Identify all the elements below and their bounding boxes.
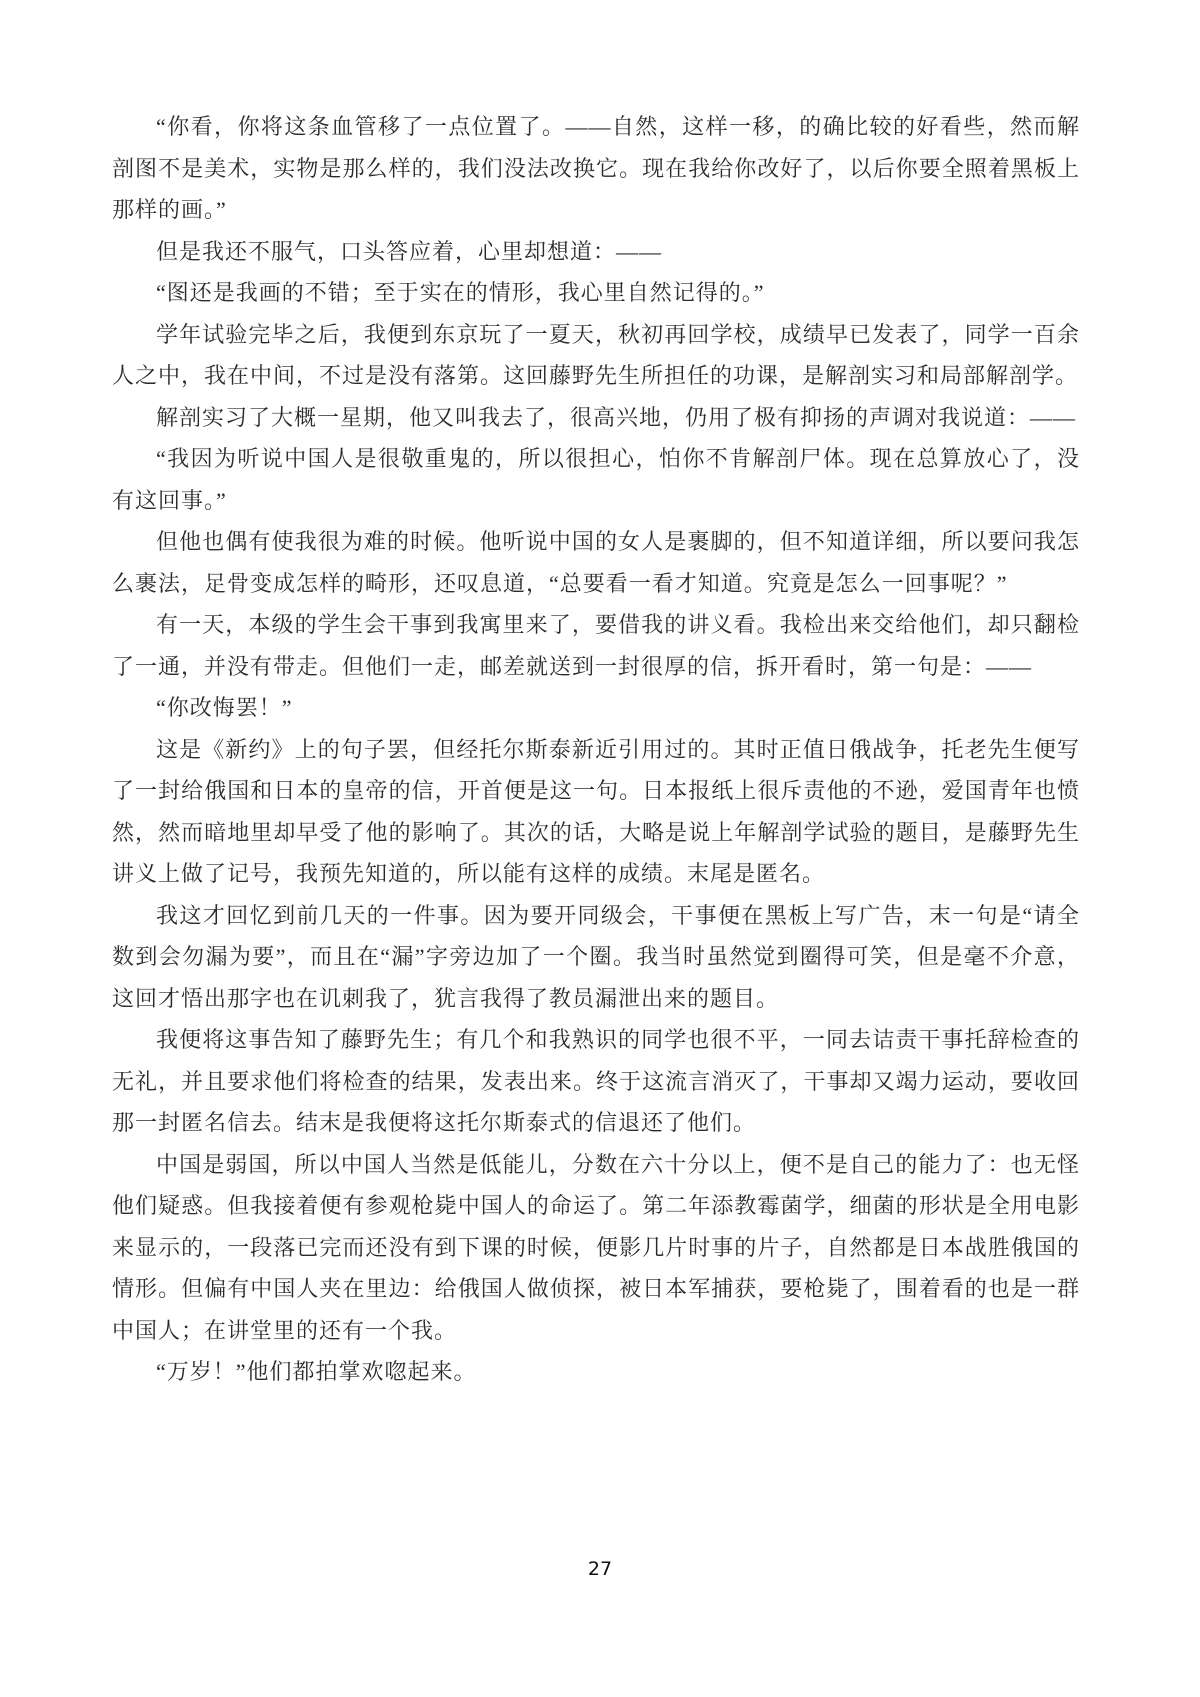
paragraph: “我因为听说中国人是很敬重鬼的，所以很担心，怕你不肯解剖尸体。现在总算放心了，没… <box>112 438 1080 521</box>
paragraph: “你看，你将这条血管移了一点位置了。——自然，这样一移，的确比较的好看些，然而解… <box>112 106 1080 231</box>
paragraph: “万岁！”他们都拍掌欢唿起来。 <box>112 1351 1080 1393</box>
paragraph: 这是《新约》上的句子罢，但经托尔斯泰新近引用过的。其时正值日俄战争，托老先生便写… <box>112 729 1080 895</box>
paragraph: 解剖实习了大概一星期，他又叫我去了，很高兴地，仍用了极有抑扬的声调对我说道：—— <box>112 397 1080 439</box>
paragraph: 但他也偶有使我很为难的时候。他听说中国的女人是裹脚的，但不知道详细，所以要问我怎… <box>112 521 1080 604</box>
page-body-text: “你看，你将这条血管移了一点位置了。——自然，这样一移，的确比较的好看些，然而解… <box>112 106 1080 1393</box>
page-footer: 27 <box>0 1558 1200 1580</box>
paragraph: “图还是我画的不错；至于实在的情形，我心里自然记得的。” <box>112 272 1080 314</box>
paragraph: “你改悔罢！” <box>112 687 1080 729</box>
paragraph: 我便将这事告知了藤野先生；有几个和我熟识的同学也很不平，一同去诘责干事托辞检查的… <box>112 1019 1080 1144</box>
paragraph: 中国是弱国，所以中国人当然是低能儿，分数在六十分以上，便不是自己的能力了：也无怪… <box>112 1144 1080 1352</box>
paragraph: 我这才回忆到前几天的一件事。因为要开同级会，干事便在黑板上写广告，末一句是“请全… <box>112 895 1080 1020</box>
paragraph: 有一天，本级的学生会干事到我寓里来了，要借我的讲义看。我检出来交给他们，却只翻检… <box>112 604 1080 687</box>
paragraph: 学年试验完毕之后，我便到东京玩了一夏天，秋初再回学校，成绩早已发表了，同学一百余… <box>112 314 1080 397</box>
page-number: 27 <box>588 1558 612 1580</box>
paragraph: 但是我还不服气，口头答应着，心里却想道：—— <box>112 231 1080 273</box>
document-page: “你看，你将这条血管移了一点位置了。——自然，这样一移，的确比较的好看些，然而解… <box>0 0 1200 1697</box>
